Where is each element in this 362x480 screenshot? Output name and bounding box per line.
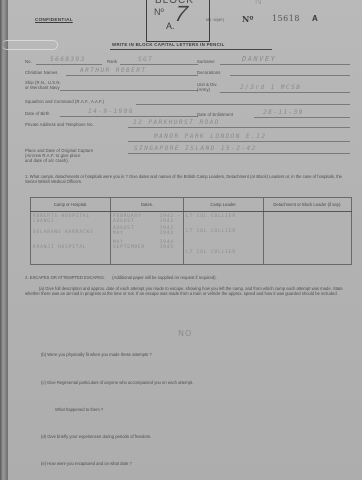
classification-label: CONFIDENTIAL	[35, 17, 73, 22]
address-value-1: 12 PARKHURST ROAD	[133, 119, 220, 126]
stamp-no-text: Nº	[154, 7, 164, 17]
rank-underline	[120, 64, 198, 65]
decorations-label: Decorations	[197, 70, 220, 75]
christian-names-label: Christian Names	[25, 70, 57, 75]
dates-row-2-year-2: 1944	[160, 231, 181, 236]
dates-column: FEBRUARY AUGUST AUGUST MAY MAY SEPTEMBER…	[111, 212, 184, 265]
address-value-2: MANOR PARK LONDON E.12	[154, 133, 266, 140]
header-dates: Dates.	[111, 198, 184, 212]
question-2d: (d) Give briefly your experiences during…	[41, 434, 151, 439]
unit-underline	[220, 92, 350, 93]
no-label: No.	[25, 59, 32, 64]
leader-row-2: LT COL COLLIER	[186, 229, 261, 234]
dob-label: Date of Birth	[25, 111, 50, 116]
block-stamp: BLOCK Nº A. 7	[146, 0, 210, 42]
dates-row-3-month-2: SEPTEMBER	[113, 245, 145, 250]
question-2c-followup: What happened to them ?	[55, 407, 103, 412]
dates-row-1-year-2: 1943	[160, 219, 181, 224]
enlistment-value: 28-11-39	[263, 109, 304, 116]
section2-heading: 2. ESCAPES OR ATTEMPTED ESCAPES. (Additi…	[25, 275, 217, 280]
binder-edge	[0, 0, 8, 480]
no-value: 5668393	[50, 56, 86, 63]
form-number-value: 15618	[272, 14, 300, 23]
header-camp-leader: Camp Leader.	[184, 198, 264, 212]
escapes-heading-note: (Additional paper will be supplied on re…	[112, 275, 217, 280]
pow-questionnaire-page: CONFIDENTIAL BLOCK Nº A. 7 N M.I. 9/(AF)…	[8, 0, 362, 480]
block-leader-column	[264, 212, 352, 265]
rank-label: Rank	[107, 59, 117, 64]
capture-label-3: and date of a/c crash).	[25, 158, 69, 163]
question-2b: (b) Were you physically fit when you mad…	[41, 352, 152, 357]
address-label: Private Address and Telephone No.	[25, 122, 94, 127]
camp-row-3: KRANJI HOSPITAL	[33, 245, 108, 250]
stamp-handwritten-number: 7	[173, 1, 189, 27]
surname-label: Surname	[197, 59, 215, 64]
answer-2a: NO	[178, 329, 192, 338]
leader-row-1: LT COL COLLIER	[186, 214, 261, 219]
no-underline	[36, 64, 102, 65]
camps-table: Camp or Hospital. Dates. Camp Leader. De…	[30, 197, 352, 265]
dob-underline	[60, 116, 198, 117]
instruction-underline	[110, 49, 272, 50]
dates-row-2-month-2: MAY	[113, 231, 145, 236]
capture-underline	[128, 153, 350, 154]
corner-mark: N	[255, 0, 262, 6]
rank-value: SGT	[138, 56, 153, 63]
escapes-heading: 2. ESCAPES OR ATTEMPTED ESCAPES.	[25, 275, 105, 280]
ship-underline	[60, 90, 198, 91]
header-camp: Camp or Hospital.	[31, 198, 111, 212]
form-number-suffix: A	[312, 14, 318, 23]
camp-column: ROBERTS HOSPITAL CHANGI SELARANG BARRACK…	[31, 212, 111, 265]
address-underline-1	[128, 127, 350, 128]
question-2a: (a) Give full description and approx. da…	[25, 286, 355, 296]
form-number-label: Nº	[242, 14, 253, 24]
camp-row-2: SELARANG BARRACKS	[33, 230, 108, 235]
decorations-underline	[230, 75, 350, 76]
capture-value: SINGAPORE ISLAND 15-2-42	[134, 145, 257, 152]
header-block-leader: Detachment or Block Leader (if any).	[264, 198, 352, 212]
dates-row-1-month-2: AUGUST	[113, 219, 145, 224]
enlistment-label: Date of Enlistment	[197, 112, 233, 117]
enlistment-underline	[254, 117, 350, 118]
ship-label-2: or Merchant Navy	[25, 85, 60, 90]
section1-question: 1. What camps, detachments or hospitals …	[25, 174, 355, 184]
christian-names-underline	[66, 75, 198, 76]
camps-table-body: ROBERTS HOSPITAL CHANGI SELARANG BARRACK…	[31, 212, 352, 265]
question-2e: (e) How were you recaptured and on what …	[41, 461, 132, 466]
dob-value: 14-9-1906	[88, 108, 134, 115]
unit-value: 2/3rd 1 MCSB	[240, 84, 301, 91]
camp-row-1: ROBERTS HOSPITAL CHANGI	[33, 214, 108, 225]
squadron-label: Squadron and Command (R.A.F., A.A.F.)	[25, 99, 104, 104]
surname-value: DANVEY	[242, 55, 276, 63]
leader-row-3: LT COL COLLIER	[186, 250, 261, 255]
surname-underline	[220, 64, 350, 65]
unit-label-2: (Army)	[197, 87, 210, 92]
dates-row-3-year-2: 1945	[160, 245, 181, 250]
form-reference: M.I. 9/(AF)	[206, 18, 224, 22]
instruction-heading: WRITE IN BLOCK CAPITAL LETTERS IN PENCIL	[112, 42, 225, 47]
address-underline-2	[128, 141, 350, 142]
squadron-underline	[136, 104, 350, 105]
binder-ring	[2, 40, 58, 50]
christian-names-value: ARTHUR ROBERT	[80, 67, 146, 74]
question-2c: (c) Give Regimental particulars of anyon…	[41, 380, 193, 385]
leader-column: LT COL COLLIER LT COL COLLIER LT COL COL…	[184, 212, 264, 265]
